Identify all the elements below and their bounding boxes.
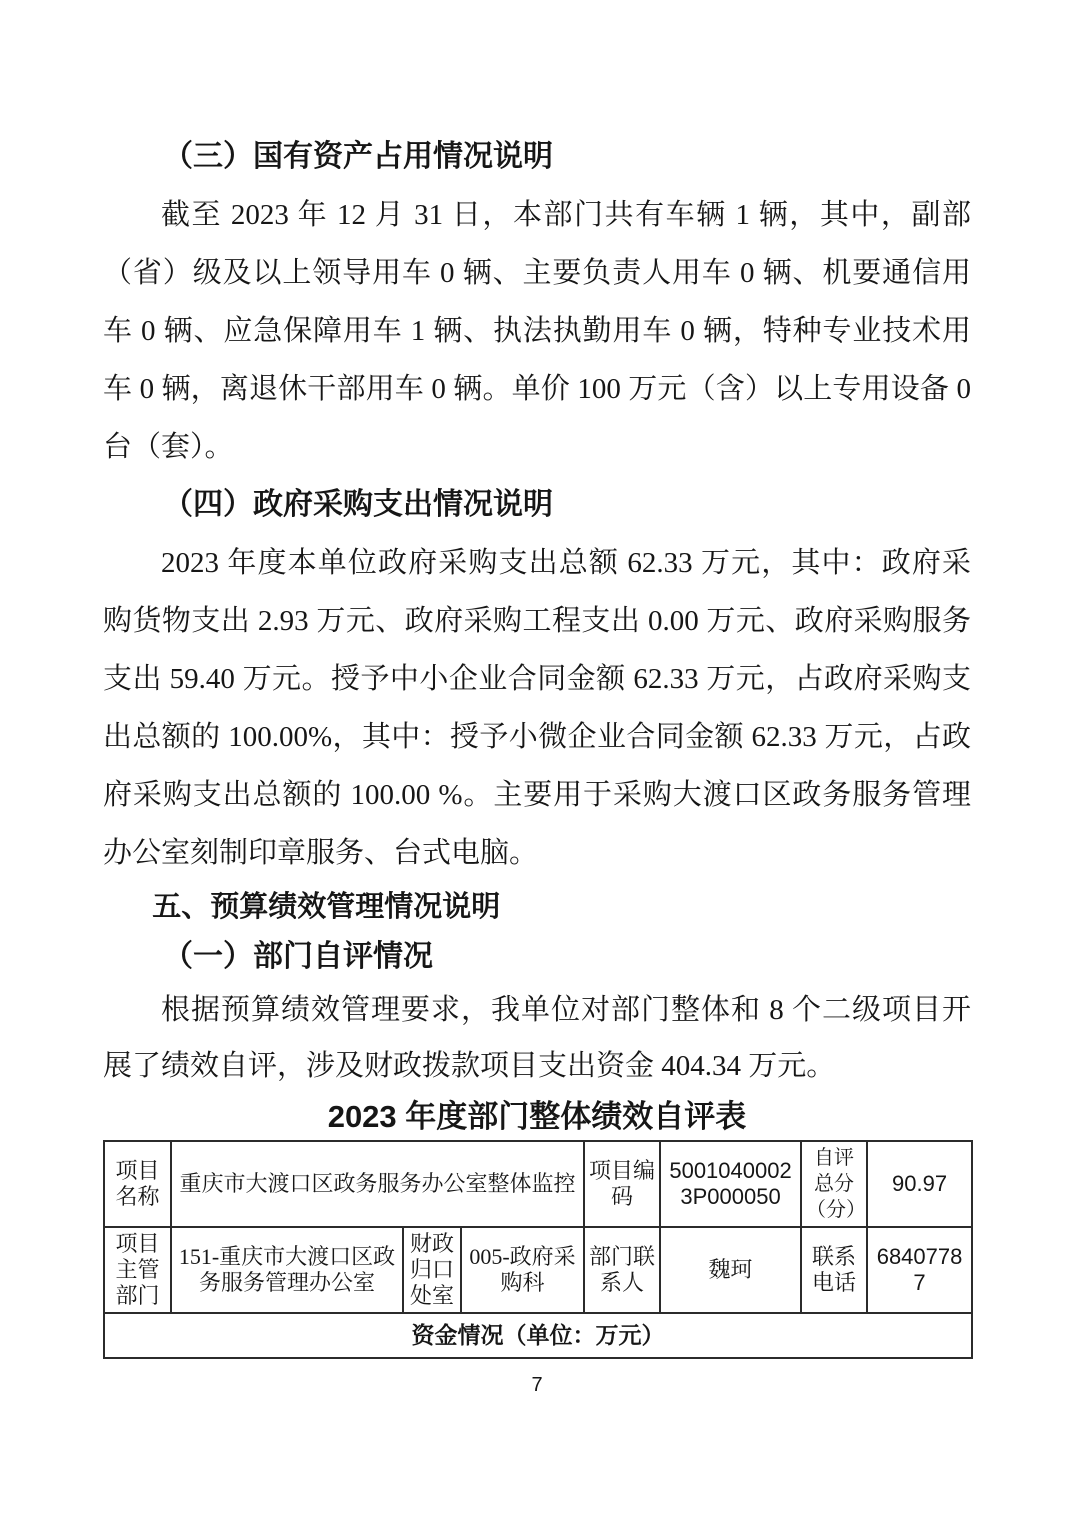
paragraph-dept-self-eval: 根据预算绩效管理要求，我单位对部门整体和 8 个二级项目开展了绩效自评，涉及财政… — [103, 982, 971, 1094]
self-eval-score-value: 90.97 — [867, 1141, 972, 1227]
heading-dept-self-eval: （一）部门自评情况 — [103, 932, 971, 982]
finance-office-label: 财政归口处室 — [403, 1227, 461, 1313]
project-code-value: 50010400023P000050 — [660, 1141, 801, 1227]
self-eval-table-title: 2023 年度部门整体绩效自评表 — [103, 1094, 971, 1140]
heading-state-assets: （三）国有资产占用情况说明 — [103, 128, 971, 186]
contact-person-value: 魏珂 — [660, 1227, 801, 1313]
document-page: （三）国有资产占用情况说明 截至 2023 年 12 月 31 日，本部门共有车… — [0, 0, 1074, 1520]
self-eval-score-label: 自评总分（分） — [801, 1141, 867, 1227]
contact-phone-label: 联系电话 — [801, 1227, 867, 1313]
project-name-label: 项目名称 — [104, 1141, 171, 1227]
paragraph-state-assets: 截至 2023 年 12 月 31 日，本部门共有车辆 1 辆，其中，副部（省）… — [103, 186, 971, 476]
project-code-label: 项目编码 — [584, 1141, 660, 1227]
dept-value: 151-重庆市大渡口区政务服务管理办公室 — [171, 1227, 403, 1313]
table-row-department: 项目主管部门 151-重庆市大渡口区政务服务管理办公室 财政归口处室 005-政… — [104, 1227, 972, 1313]
dept-label: 项目主管部门 — [104, 1227, 171, 1313]
heading-gov-procurement: （四）政府采购支出情况说明 — [103, 476, 971, 534]
contact-person-label: 部门联系人 — [584, 1227, 660, 1313]
finance-office-value: 005-政府采购科 — [461, 1227, 584, 1313]
project-name-value: 重庆市大渡口区政务服务办公室整体监控 — [171, 1141, 584, 1227]
table-row-project: 项目名称 重庆市大渡口区政务服务办公室整体监控 项目编码 50010400023… — [104, 1141, 972, 1227]
heading-budget-performance: 五、预算绩效管理情况说明 — [103, 882, 971, 932]
self-eval-table: 项目名称 重庆市大渡口区政务服务办公室整体监控 项目编码 50010400023… — [103, 1140, 973, 1359]
paragraph-gov-procurement: 2023 年度本单位政府采购支出总额 62.33 万元，其中：政府采购货物支出 … — [103, 534, 971, 882]
page-content: （三）国有资产占用情况说明 截至 2023 年 12 月 31 日，本部门共有车… — [103, 0, 971, 1359]
page-number: 7 — [0, 1372, 1074, 1398]
funds-section-header: 资金情况（单位：万元） — [104, 1313, 972, 1358]
contact-phone-value: 68407787 — [867, 1227, 972, 1313]
table-row-funds-header: 资金情况（单位：万元） — [104, 1313, 972, 1358]
